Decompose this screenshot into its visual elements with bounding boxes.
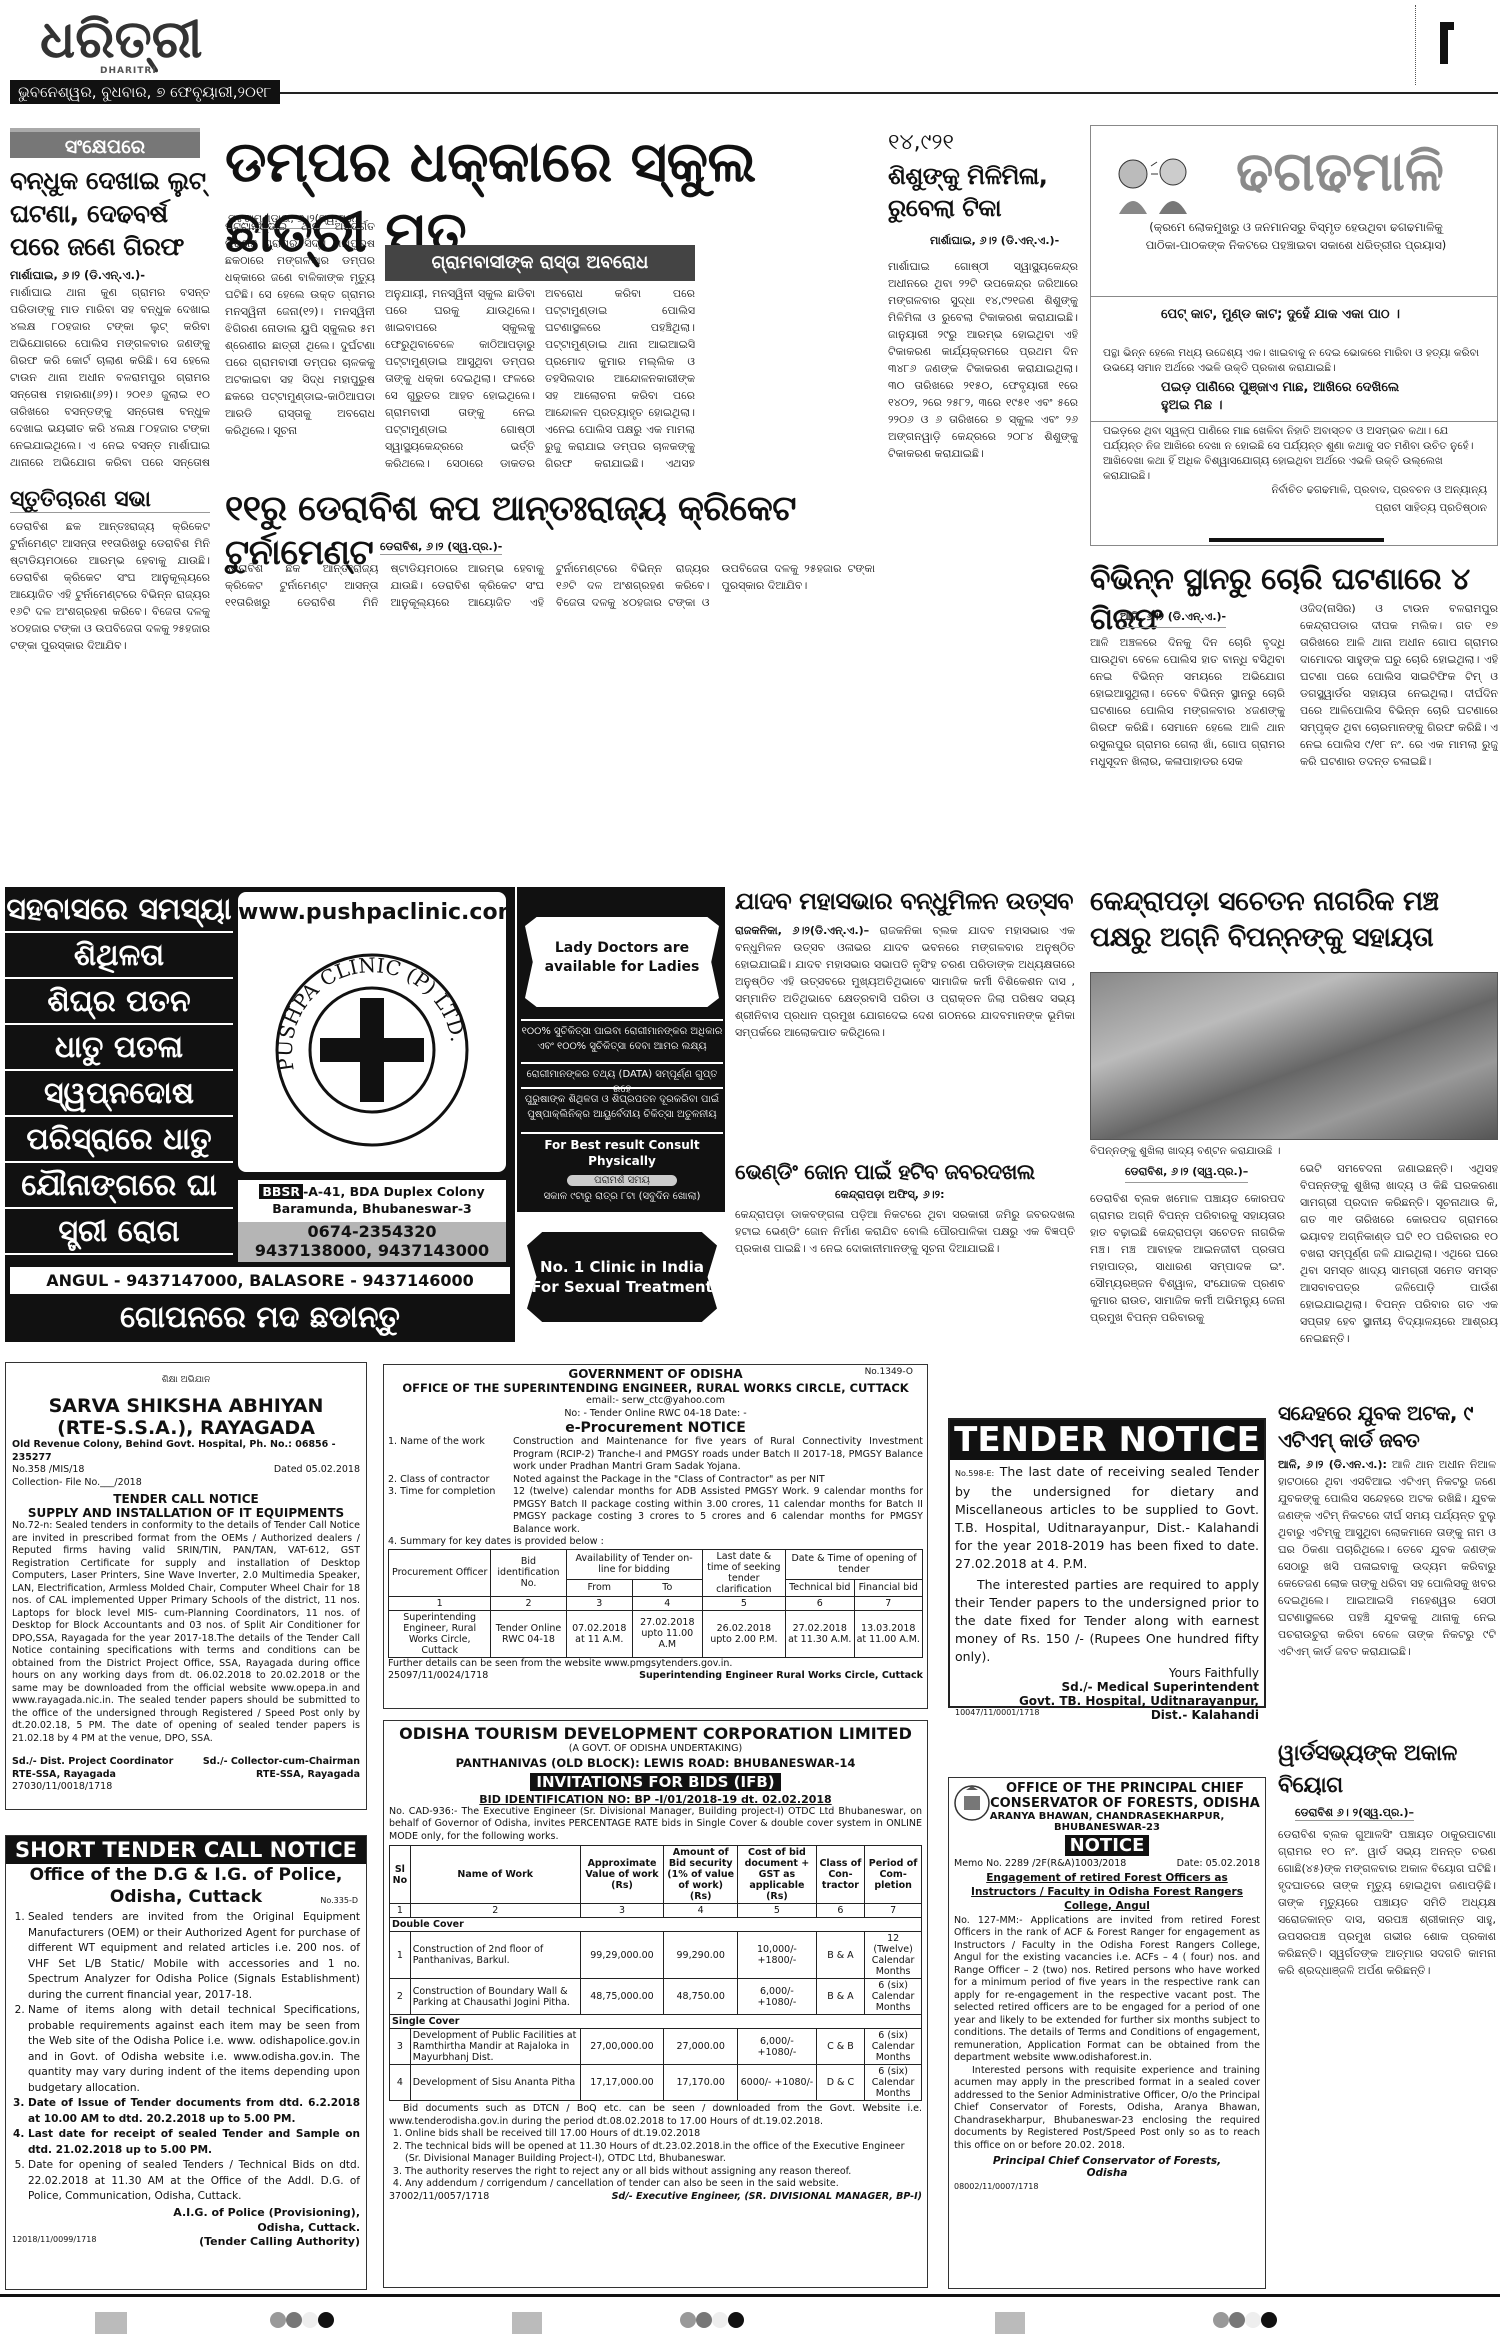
theft-dateline: ଆଳି, ୬।୨ (ଡି.ଏନ୍.ଏ.)- [1120,610,1226,628]
table-row: 3Development of Public Facilities at Ram… [390,2029,922,2065]
rwc-key-dates-table: Procurement OfficerBid identification No… [388,1549,923,1658]
otdc-intro: No. CAD-936:- The Executive Engineer (Sr… [389,1806,922,1844]
pushpa-timing-label: ପରାମର୍ଶ ସମୟ [567,1175,677,1186]
otdc-notes: Online bids shall be received till 17.00… [389,2128,922,2191]
vending-dateline: କେନ୍ଦ୍ରାପଡ଼ା ଅଫିସ୍, ୬।୨: [835,1188,945,1202]
lady-doctors-burst: Lady Doctors are available for Ladies [525,917,719,1007]
page-number-mark [1440,22,1454,64]
otdc-bid-id: BID IDENTIFICATION NO: BP -I/01/2018-19 … [389,1793,922,1806]
forest-notice: OFFICE OF THE PRINCIPAL CHIEF CONSERVATO… [948,1777,1266,2289]
fold-line [1415,5,1416,85]
registration-dots [270,2312,334,2332]
ailment-item: ଶିଘ୍ର ପତନ [5,979,233,1025]
brief-headline: ବନ୍ଧୁକ ଦେଖାଇ ଲୁଟ୍ ଘଟଣା, ଦେଢବର୍ଷ ପରେ ଜଣେ … [10,164,210,263]
address-tag: BBSR [259,1184,303,1199]
proverb-explain-1: ପନ୍ଥା ଭିନ୍ନ ହେଲେ ମଧ୍ୟ ଉଦ୍ଦେଶ୍ୟ ଏକ। ଖାଇବା… [1103,346,1488,376]
lead-col-1: ପଟ୍ଟାମୁଣ୍ଡାଇ ଥାନା ଅନ୍ତର୍ଗତ ଗିରଗଞ୍ଚ ଗ୍ରାମ… [225,218,375,468]
police-item: Date of Issue of Tender documents from d… [28,2096,360,2127]
vaccine-number: ୧୪,୯୨୧ [888,130,954,155]
yadav-body: ରାଜକନିକା, ୬।୨(ଡି.ଏନ୍.ଏ.)– ରାଜକନିକା ବ୍ଲକ … [735,922,1075,1155]
ssa-logo: ଶିକ୍ଷା ଅଭିଯାନ [12,1365,360,1395]
ailment-item: ପରିସ୍ରାରେ ଧାତୁ [5,1117,233,1163]
yadav-dateline: ରାଜକନିକା, ୬।୨(ଡି.ଏନ୍.ଏ.)– [735,924,869,937]
vaccine-body: ମାର୍ଶାଘାଇ ଗୋଷ୍ଠୀ ସ୍ୱାସ୍ଥ୍ୟକେନ୍ଦ୍ର ଅଧୀନରେ… [888,258,1078,718]
pushpa-website[interactable]: www.pushpaclinic.com [238,900,506,925]
ailment-item: ସହବାସରେ ସମସ୍ୟା [5,887,233,933]
registration-dots [1213,2312,1277,2332]
police-item: Sealed tenders are invited from the Orig… [28,1910,360,2003]
proverb-explain-2: ପଇଡ଼ରେ ଥିବା ସ୍ୱଳ୍ପ ପାଣିରେ ମାଛ ଖେଳିବା ନିହ… [1103,424,1488,484]
rwc-title-2: OFFICE OF THE SUPERINTENDING ENGINEER, R… [388,1381,923,1395]
tribute-body: ଡେରାବିଶ ଛକ ଆନ୍ତଃରାଜ୍ୟ କ୍ରିକେଟ ଟୁର୍ନାମେଣ୍… [10,518,210,873]
table-row: 4Development of Sisu Ananta Pitha17,17,0… [390,2065,922,2101]
pushpa-clinic-ad: ସହବାସରେ ସମସ୍ୟା ଶିଥିଳତା ଶିଘ୍ର ପତନ ଧାତୁ ପତ… [5,887,515,1342]
cartoon-faces-icon [1111,144,1201,214]
brief-body: ମାର୍ଶାଘାଇ ଥାନା କୁଣ ଗ୍ରାମର ବସନ୍ତ ପରିଡାଙ୍କ… [10,284,210,470]
police-banner: SHORT TENDER CALL NOTICE [6,1836,366,1864]
rwc-further: Further details can be seen from the web… [388,1658,923,1671]
rwc-title-1: GOVERNMENT OF ODISHA [568,1367,742,1381]
ailment-item: ଯୌନାଙ୍ଗରେ ଘା [5,1163,233,1209]
ward-dateline: ଡେରାବିଶ ୬। ୨(ସ୍ୱ.ପ୍ର.)– [1295,1806,1414,1821]
registration-mark-gray [95,2312,127,2334]
forest-code: 08002/11/0007/1718 [954,2182,1260,2191]
section-head-thanksgiving: ସ୍ତୁତିଚାରଣ ସଭା [10,487,210,513]
ssa-heading-1: TENDER CALL NOTICE [12,1492,360,1506]
pushpa-claim-3: ପୁରୁଷାଙ୍କ ଶିଥିଳତା ଓ ଶିଘ୍ରପତନ ଦୂରକରିବା ପା… [521,1087,723,1122]
forest-title-1: OFFICE OF THE PRINCIPAL CHIEF [954,1781,1260,1796]
otdc-docs: Bid documents such as DTCN / BoQ etc. ca… [389,2103,922,2128]
registration-mark-gray [995,2312,1025,2334]
rwc-tender-no: No: - Tender Online RWC 04-18 Date: - [388,1408,923,1421]
rwc-email[interactable]: email:- serw_ctc@yahoo.com [388,1395,923,1408]
red-cross-logo-icon: PUSHPA CLINIC (P) LTD. [272,950,472,1154]
vending-headline: ଭେଣ୍ଡିଂ ଜୋନ ପାଇଁ ହଟିବ ଜବରଦଖଲ [735,1158,1075,1186]
registration-mark-gray [512,2312,542,2334]
otdc-title: ODISHA TOURISM DEVELOPMENT CORPORATION L… [389,1724,922,1743]
ssa-tender-notice: ଶିକ୍ଷା ଅଭିଯାନ SARVA SHIKSHA ABHIYAN (RTE… [5,1362,367,1810]
pushpa-timing: ସକାଳ ୯ଟାରୁ ରାତ୍ର ୮ଟା (ସବୁଦିନ ଖୋଲା) [521,1191,723,1202]
section-tag-brief: ସଂକ୍ଷେପରେ [10,128,200,158]
police-title-2: Odisha, Cuttack [110,1887,262,1907]
tb-banner: TENDER NOTICE [950,1420,1264,1460]
dateline: ଭୁବନେଶ୍ୱର, ବୁଧବାର, ୭ ଫେବୃୟାରୀ,୨୦୧୮ [10,80,280,104]
phone-primary[interactable]: 0674-2354320 [238,1222,506,1241]
proverb-verse-1: ପେଟ୍ କାଟ, ମୁଣ୍ଡ କାଟ; ଦୁହେଁ ଯାକ ଏକା ପାଠ । [1161,306,1421,324]
pushpa-ad-right: Lady Doctors are available for Ladies ୧୦… [515,887,725,1342]
ssa-body: No.72-n: Sealed tenders in conformity to… [12,1520,360,1756]
vending-body: କେନ୍ଦ୍ରାପଡ଼ା ଡାକବଙ୍ଗଳା ପଡ଼ିଆ ନିକଟରେ ଥିବା… [735,1206,1075,1342]
kendrapada-headline: କେନ୍ଦ୍ରାପଡ଼ା ସଚେତନ ନାଗରିକ ମଞ୍ଚ ପକ୍ଷରୁ ଅଗ… [1090,884,1498,956]
otdc-works-table: Sl NoName of WorkApproximate Value of wo… [389,1845,922,2101]
proverbs-intro: (କ୍ରମେ ଲୋକମୁଖରୁ ଓ ଜନମାନସରୁ ବିସ୍ମୃତ ହେଉଥି… [1131,218,1461,254]
police-item: Name of items along with detail technica… [28,2003,360,2096]
ward-body: ଡେରାବିଶ ବ୍ଲକ ଗୁଆଳସିଂ ପଞ୍ଚାୟତ ଠାକୁରପାଟଣା … [1278,1826,1496,2286]
tb-ref: No.598-E: [955,1469,994,1478]
police-item: Last date for receipt of sealed Tender a… [28,2127,360,2158]
ailment-item: ଧାତୁ ପତଳା [5,1025,233,1071]
pushpa-best-result: For Best result Consult Physically [521,1132,723,1169]
rwc-ref: No.1349-O [865,1367,913,1377]
forest-subject: Engagement of retired Forest Officers as… [954,1871,1260,1913]
vaccine-headline: ଶିଶୁଙ୍କୁ ମିଳିମିଳା, ରୁବେଲା ଟିକା [888,160,1078,224]
rwc-eprocurement-notice: GOVERNMENT OF ODISHANo.1349-O OFFICE OF … [383,1364,928,1709]
table-row: 1Construction of 2nd floor of Panthaniva… [390,1932,922,1979]
ward-headline: ୱାର୍ଡସଭ୍ୟଙ୍କ ଅକାଳ ବିୟୋଗ [1278,1738,1496,1802]
bottom-rule [0,2294,1500,2297]
ssa-code: 27030/11/0018/1718 [12,1781,360,1794]
proverbs-title: ଢଗଢମାଳି [1236,140,1444,204]
proverbs-source-1: ନିର୍ବାଚିତ ଢଗଢମାଳି, ପ୍ରବାଦ, ପ୍ରବଚନ ଓ ଅନ୍ୟ… [1271,484,1487,497]
ssa-collection: Collection- File No.___/2018 [12,1477,360,1490]
theft-col-2: ଓଜିଦ(ନାସିର) ଓ ଟାଉନ ବଳରାମପୁର କେନ୍ଦ୍ରାପଡାର… [1300,600,1498,875]
atm-body: ଆଳି, ୬।୨ (ଡି.ଏନ.ଏ.): ଆଳି ଥାନ ଅଧୀନ ନିଆଳ ହ… [1278,1456,1496,1731]
masthead-logo-subtitle: DHARITRI [100,66,157,76]
otdc-code: 37002/11/0057/1718 [389,2191,489,2204]
ssa-ref: No.358 /MIS/18 [12,1464,84,1477]
pushpa-claim-1: ୧୦୦% ସୁଚିକିତ୍ସା ପାଇବା ରୋଗୀମାନଙ୍କର ଅଧିକାର… [521,1019,723,1054]
ssa-address: Old Revenue Colony, Behind Govt. Hospita… [12,1439,360,1464]
registration-dots [680,2312,744,2332]
no1-clinic-burst: No. 1 Clinic in India For Sexual Treatme… [527,1232,717,1322]
table-row: Superintending Engineer, Rural Works Cir… [389,1610,923,1657]
kendrapada-dateline: ଡେରାବିଶ, ୬।୨ (ସ୍ୱ.ପ୍ର.)– [1125,1165,1248,1183]
rwc-heading: e-Procurement NOTICE [388,1420,923,1436]
ssa-heading-2: SUPPLY AND INSTALLATION OF IT EQUIPMENTS [12,1506,360,1520]
atm-headline: ସନ୍ଦେହରେ ଯୁବକ ଅଟକ, ୯ ଏଟିଏମ୍ କାର୍ଡ ଜବତ [1278,1400,1496,1454]
pushpa-address: BBSR-A-41, BDA Duplex ColonyBaramunda, B… [238,1180,506,1222]
police-item: Date for opening of sealed Tenders / Tec… [28,2158,360,2205]
pushpa-branches: ANGUL - 9437147000, BALASORE - 943714600… [10,1267,510,1294]
odisha-emblem-icon [953,1784,991,1822]
forest-banner: NOTICE [1065,1835,1150,1856]
kendrapada-col-2: ଭେଟି ସମବେଦନା ଜଣାଇଛନ୍ତି। ଏଥିସହ ବିପନ୍ନଙ୍କୁ… [1300,1160,1498,1350]
proverbs-source-2: ପ୍ରାଚୀ ସାହିତ୍ୟ ପ୍ରତିଷ୍ଠାନ [1375,502,1487,515]
police-items: Sealed tenders are invited from the Orig… [6,1908,366,2205]
brief-dateline: ମାର୍ଶାଘାଇ, ୬।୨ (ଡି.ଏନ୍.ଏ.)- [10,268,210,283]
otdc-sign: Sd/- Executive Engineer, (SR. DIVISIONAL… [612,2191,922,2204]
ailment-item: ଶିଥିଳତା [5,933,233,979]
rwc-sign: Superintending Engineer Rural Works Circ… [639,1670,923,1683]
photo-caption: ବିପନ୍ନଙ୍କୁ ଶୁଖିଲା ଖାଦ୍ୟ ବଣ୍ଟନ କରାଯାଉଛି । [1090,1145,1280,1158]
yadav-headline: ଯାଦବ ମହାସଭାର ବନ୍ଧୁମିଳନ ଉତ୍ସବ [735,885,1075,917]
police-tender-notice: SHORT TENDER CALL NOTICE Office of the D… [5,1835,367,2290]
theft-col-1: ଆଳି ଅଞ୍ଚଳରେ ଦିନକୁ ଦିନ ଚୋରି ବୃଦ୍ଧି ପାଉଥିବ… [1090,634,1285,874]
police-ref: No.335-D [320,1890,358,1912]
lead-subhead: ଗ୍ରାମବାସୀଙ୍କ ରାସ୍ତା ଅବରୋଧ [385,245,695,281]
ssa-title-2: (RTE-S.S.A.), RAYAGADA [12,1417,360,1439]
police-code: 12018/11/0099/1718 [12,2235,96,2248]
lead-col-3: ଅବରୋଧ କରିବା ପରେ ପଟ୍ଟାମୁଣ୍ଡାଇ ପୋଲିସ ଘଟଣାସ… [545,285,695,467]
police-title-1: Office of the D.G & I.G. of Police, [6,1864,366,1886]
pushpa-ailments-list: ସହବାସରେ ସମସ୍ୟା ଶିଥିଳତା ଶିଘ୍ର ପତନ ଧାତୁ ପତ… [5,887,233,1255]
otdc-ifb-notice: ODISHA TOURISM DEVELOPMENT CORPORATION L… [383,1720,928,2288]
otdc-banner: INVITATIONS FOR BIDS (IFB) [530,1773,780,1791]
atm-dateline: ଆଳି, ୬।୨ (ଡି.ଏନ.ଏ.): [1278,1458,1387,1471]
pushpa-footer-slogan: ଗୋପନରେ ମଦ ଛଡାନ୍ତୁ [10,1297,510,1339]
lead-col-2: ଅନୁଯାୟୀ, ମନସ୍ୱିନୀ ସ୍କୁଲ ଛାଡିବା ପରେ ଘରକୁ … [385,285,535,467]
tb-hospital-tender-notice: TENDER NOTICE No.598-E: The last date of… [948,1418,1266,1708]
pushpa-phones: 0674-2354320 9437138000, 9437143000 [238,1222,506,1262]
ailment-item: ସ୍ୱପ୍ନଦୋଷ [5,1071,233,1117]
proverb-verse-2: ପଇଡ଼ ପାଣିରେ ପୁଞ୍ଜାଏ ମାଛ, ଆଖିରେ ଦେଖିଲେ ହୁ… [1161,379,1421,415]
kendrapada-col-1: ଡେରାବିଶ ବ୍ଲକ ଖମୋଳ ପଞ୍ଚାୟତ କୋରପଦ ଗ୍ରାମର ଅ… [1090,1190,1285,1350]
cricket-body: ଡେରାବିଶ ଛକ ଆନ୍ତଃରାଜ୍ୟ କ୍ରିକେଟ ଟୁର୍ନାମେଣ୍… [225,560,875,870]
proverbs-box-cont: ପଇଡ଼ରେ ଥିବା ସ୍ୱଳ୍ପ ପାଣିରେ ମାଛ ଖେଳିବା ନିହ… [1090,420,1498,546]
ssa-dated: Dated 05.02.2018 [274,1464,360,1477]
ailment-item: ସ୍ତ୍ରୀ ରୋଗ [5,1209,233,1255]
rwc-code: 25097/11/0024/1718 [388,1670,488,1683]
phone-mobile[interactable]: 9437138000, 9437143000 [238,1241,506,1260]
tb-code: 10047/11/0001/1718 [955,1708,1039,1722]
forest-title-2: CONSERVATOR OF FORESTS, ODISHA [954,1796,1260,1811]
cricket-dateline: ଡେରାବିଶ, ୬।୨ (ସ୍ୱ.ପ୍ର.)- [380,540,502,555]
pushpa-logo-panel: www.pushpaclinic.com PUSHPA CLINIC (P) L… [238,892,506,1172]
proverbs-box: ଢଗଢମାଳି (କ୍ରମେ ଲୋକମୁଖରୁ ଓ ଜନମାନସରୁ ବିସ୍ମ… [1090,125,1498,422]
table-row: 2Construction of Boundary Wall & Parking… [390,1979,922,2015]
forest-date: Date: 05.02.2018 [1177,1858,1260,1871]
ssa-title-1: SARVA SHIKSHA ABHIYAN [12,1395,360,1417]
forest-memo: Memo No. 2289 /2F(R&A)1003/2018 [954,1858,1126,1871]
vaccine-dateline: ମାର୍ଶାଘାଇ, ୬।୨ (ଡି.ଏନ୍.ଏ.)- [930,234,1059,248]
relief-distribution-photo [1090,972,1498,1140]
